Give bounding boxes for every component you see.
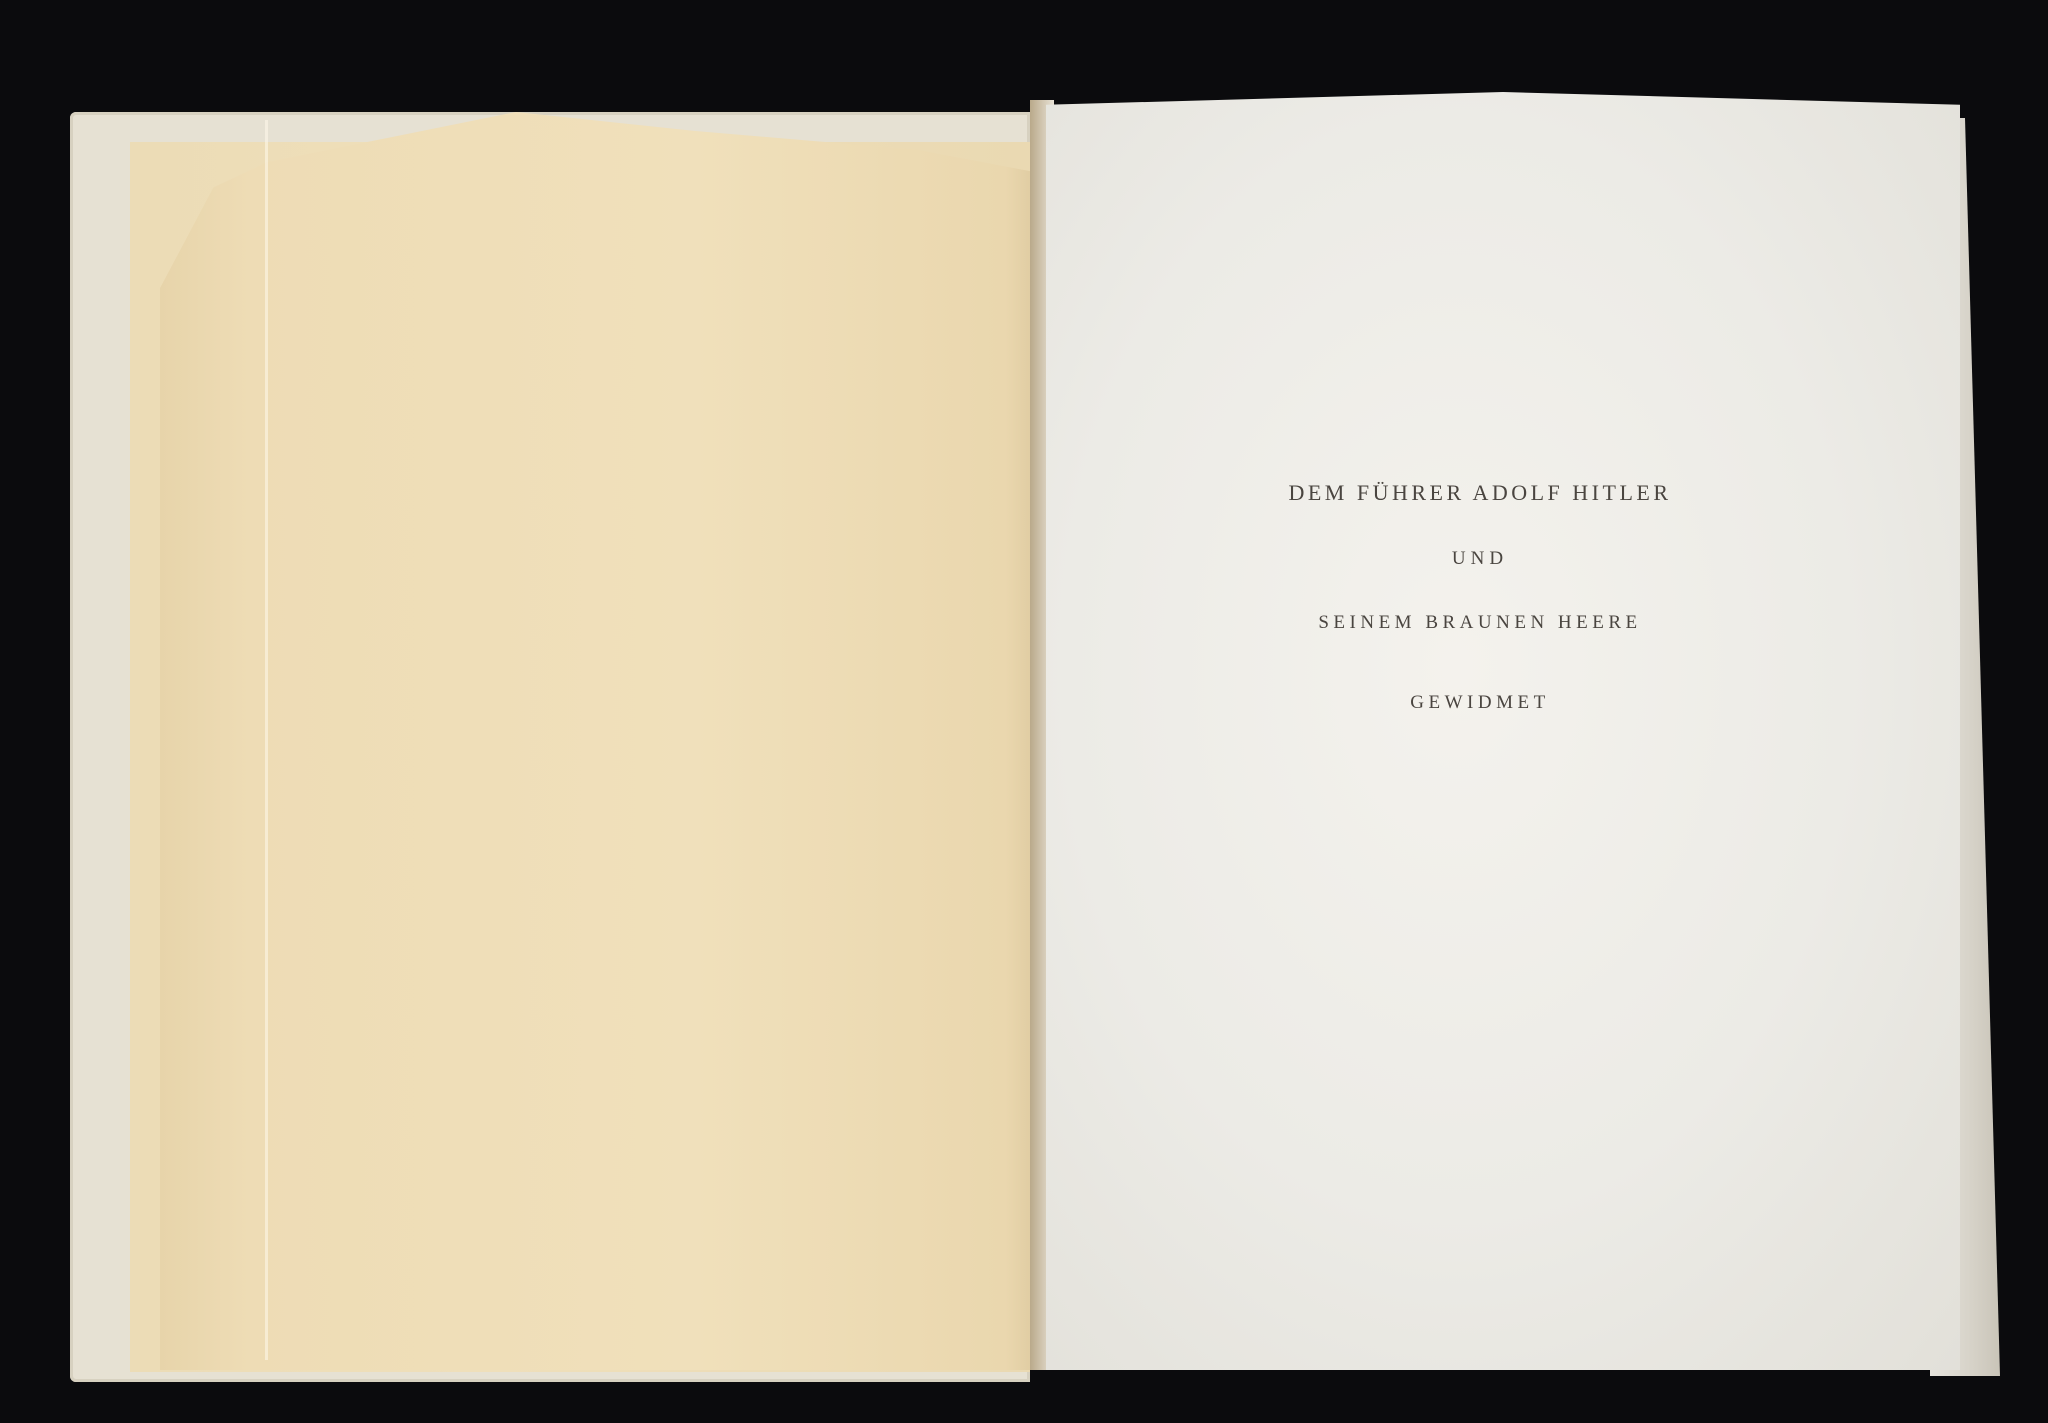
flyleaf-page [160,112,1050,1370]
dedication-line-3: SEINEM BRAUNEN HEERE [1180,612,1780,634]
dedication-page [1046,92,1960,1370]
dedication-line-1: DEM FÜHRER ADOLF HITLER [1180,480,1780,506]
dedication-text: DEM FÜHRER ADOLF HITLER UND SEINEM BRAUN… [1180,480,1780,714]
flyleaf-fold [265,120,268,1360]
dedication-line-2: UND [1180,548,1780,570]
dedication-line-4: GEWIDMET [1180,692,1780,714]
